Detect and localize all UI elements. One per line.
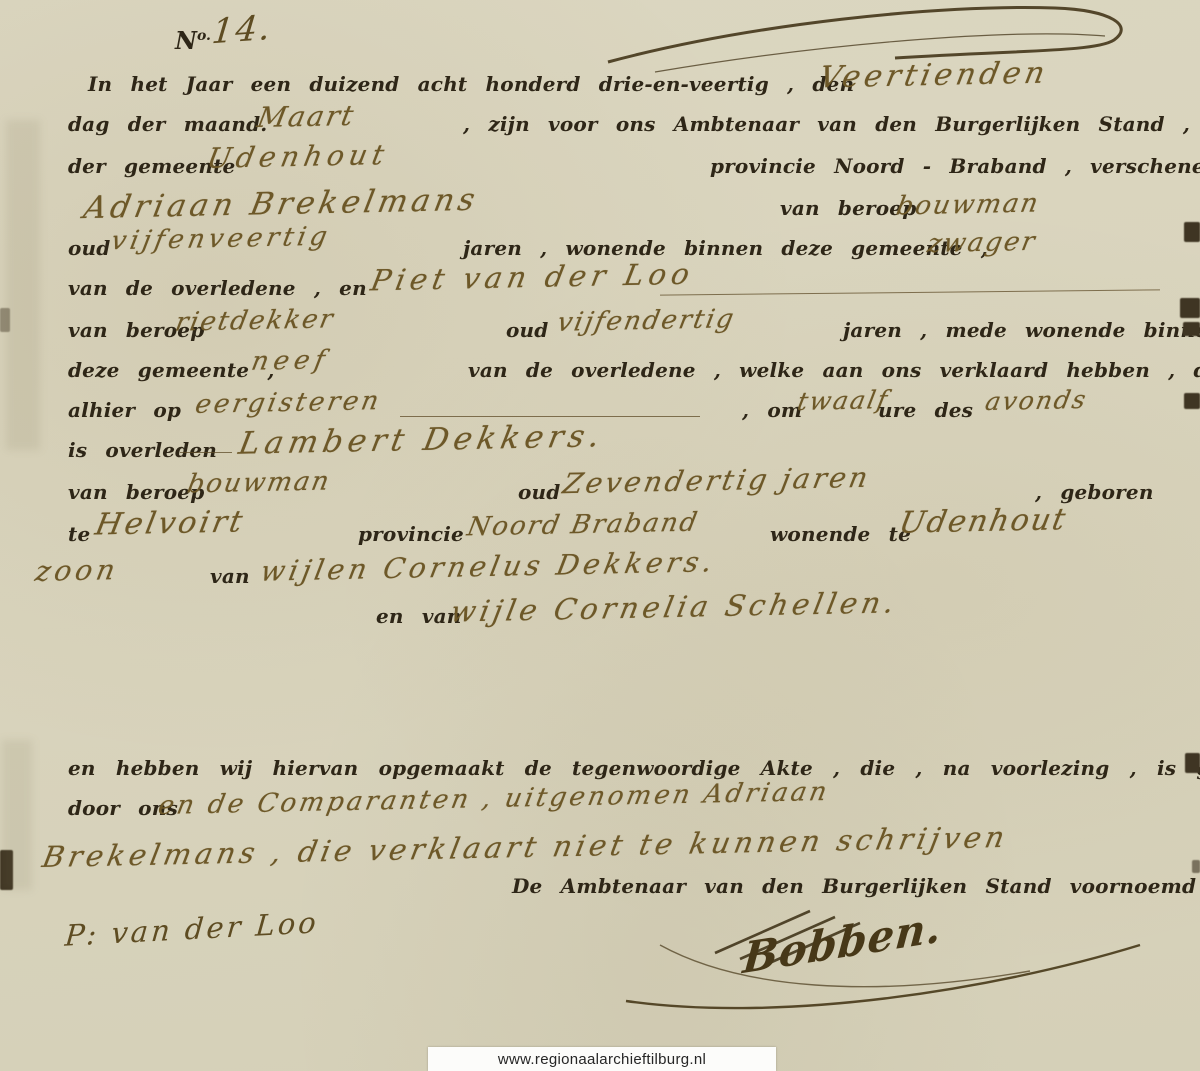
handwritten-text: Brekelmans , die verklaart niet te kunne… bbox=[40, 820, 1012, 874]
act-number-label: No. bbox=[175, 26, 211, 55]
edge-mark bbox=[1183, 322, 1200, 336]
printed-text: deze gemeente , bbox=[68, 358, 275, 382]
handwritten-text: Helvoirt bbox=[92, 504, 248, 542]
handwritten-text: Udenhout bbox=[204, 138, 391, 175]
handwritten-text: vijfendertig bbox=[555, 304, 738, 338]
handwritten-text: Noord Braband bbox=[465, 508, 702, 543]
printed-text: van de overledene , welke aan ons verkla… bbox=[468, 358, 1200, 382]
edge-mark bbox=[1180, 298, 1200, 318]
handwritten-text: eergisteren bbox=[193, 386, 384, 420]
edge-mark bbox=[1184, 393, 1200, 409]
printed-text: oud bbox=[68, 236, 110, 260]
handwritten-text: en de Comparanten , uitgenomen Adriaan bbox=[156, 777, 833, 821]
handwritten-text: Veertienden bbox=[816, 56, 1051, 96]
edge-mark bbox=[1184, 222, 1200, 242]
handwritten-text: Maart bbox=[255, 99, 358, 134]
printed-text: provincie Noord - Braband , verschenen bbox=[710, 154, 1200, 178]
printed-text: oud bbox=[506, 318, 548, 342]
handwritten-text: bouwman bbox=[185, 467, 334, 500]
filler-line bbox=[180, 452, 232, 453]
handwritten-text: Piet van der Loo bbox=[368, 257, 697, 298]
handwritten-text: wijle Cornelia Schellen. bbox=[448, 585, 901, 628]
signature-van-der-loo: P: van der Loo bbox=[64, 905, 321, 952]
printed-text: jaren , wonende binnen deze gemeente , bbox=[463, 236, 988, 260]
printed-text: In het Jaar een duizend acht honderd dri… bbox=[88, 72, 854, 96]
death-certificate-scan: No. 14. In het Jaar een duizend acht hon… bbox=[0, 0, 1200, 1071]
handwritten-text: bouwman bbox=[894, 189, 1043, 222]
printed-text: en hebben wij hiervan opgemaakt de tegen… bbox=[68, 756, 1200, 780]
printed-text: , geboren bbox=[1035, 480, 1154, 504]
filler-line bbox=[400, 416, 700, 417]
printed-text: , zijn voor ons Ambtenaar van den Burger… bbox=[463, 112, 1190, 136]
printed-text: te bbox=[68, 522, 90, 546]
handwritten-text: zwager bbox=[925, 227, 1039, 259]
filler-line bbox=[660, 289, 1160, 295]
act-number-value: 14. bbox=[210, 8, 274, 53]
handwritten-text: vijfenveertig bbox=[109, 222, 334, 257]
printed-text: oud bbox=[518, 480, 560, 504]
handwritten-text: wijlen Cornelus Dekkers. bbox=[258, 545, 719, 587]
printed-text: , om bbox=[742, 398, 802, 422]
handwritten-text: rietdekker bbox=[173, 304, 337, 337]
printed-text: wonende te bbox=[770, 522, 911, 546]
handwritten-text: zoon bbox=[33, 553, 122, 588]
handwritten-text: Zevendertig jaren bbox=[560, 461, 873, 500]
handwritten-text: avonds bbox=[983, 385, 1090, 416]
handwritten-text: neef bbox=[249, 345, 332, 377]
edge-mark bbox=[1185, 753, 1200, 773]
bleed-through bbox=[6, 120, 40, 450]
handwritten-text: Udenhout bbox=[896, 502, 1070, 540]
act-number-label-sup: o. bbox=[197, 28, 211, 44]
archive-watermark: www.regionaalarchieftilburg.nl bbox=[428, 1047, 776, 1071]
printed-text: van beroep bbox=[68, 480, 204, 504]
printed-text: ure des bbox=[878, 398, 973, 422]
printed-text: provincie bbox=[358, 522, 464, 546]
printed-text: jaren , mede wonende binnen bbox=[843, 318, 1200, 342]
handwritten-text: Lambert Dekkers. bbox=[236, 418, 608, 462]
printed-text: dag der maand. bbox=[68, 112, 267, 136]
printed-text: is overleden bbox=[68, 438, 217, 462]
act-number-label-main: N bbox=[175, 26, 197, 55]
bleed-through bbox=[2, 740, 32, 890]
edge-mark bbox=[1192, 860, 1200, 873]
printed-text: van bbox=[210, 564, 250, 588]
printed-text: alhier op bbox=[68, 398, 181, 422]
handwritten-text: Adriaan Brekelmans bbox=[81, 182, 482, 226]
printed-text: van de overledene , en bbox=[68, 276, 367, 300]
